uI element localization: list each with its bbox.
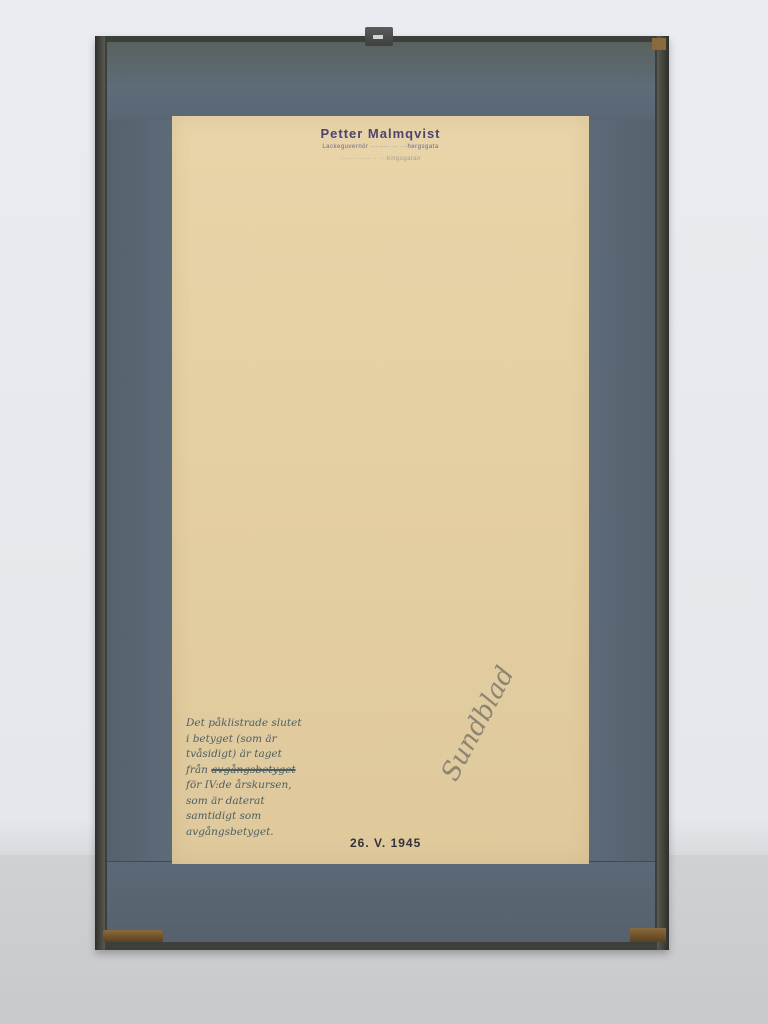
frame-edge-right — [657, 36, 669, 950]
note-line: Det påklistrade slutet — [186, 716, 346, 732]
tape-strip-right — [585, 120, 655, 862]
note-line: i betyget (som är — [186, 732, 346, 748]
note-line: från avgångsbetyget — [186, 763, 346, 779]
stamp-address-line-1: Lackeguvernör ········ ·· ···hergsgata — [172, 144, 589, 150]
handwritten-note: Det påklistrade slutet i betyget (som är… — [186, 716, 346, 840]
date-stamp: 26. V. 1945 — [350, 836, 421, 850]
stamp-name: Petter Malmqvist — [172, 126, 589, 141]
document-sheet: Petter Malmqvist Lackeguvernör ········ … — [172, 116, 589, 864]
tape-strip-top — [107, 42, 655, 121]
stamp-address-line-2: ············ ·· ···kingsgatan — [172, 156, 589, 162]
note-line: avgångsbetyget. — [186, 825, 346, 841]
note-line: tvåsidigt) är taget — [186, 747, 346, 763]
note-line: samtidigt som — [186, 809, 346, 825]
note-line-start: från — [186, 764, 211, 776]
pencil-signature: Sundblad — [436, 661, 521, 786]
note-line: för IV:de årskursen, — [186, 778, 346, 794]
tape-strip-bottom — [107, 861, 655, 942]
corner-wear-bottom-right — [630, 928, 666, 942]
struck-word: avgångsbetyget — [211, 764, 295, 776]
hanging-clip-icon — [365, 27, 393, 46]
note-line: som är daterat — [186, 794, 346, 810]
tape-strip-left — [107, 120, 173, 862]
corner-wear-bottom-left — [103, 930, 163, 942]
corner-wear-top-right — [652, 38, 666, 50]
frame-edge-left — [95, 36, 105, 950]
